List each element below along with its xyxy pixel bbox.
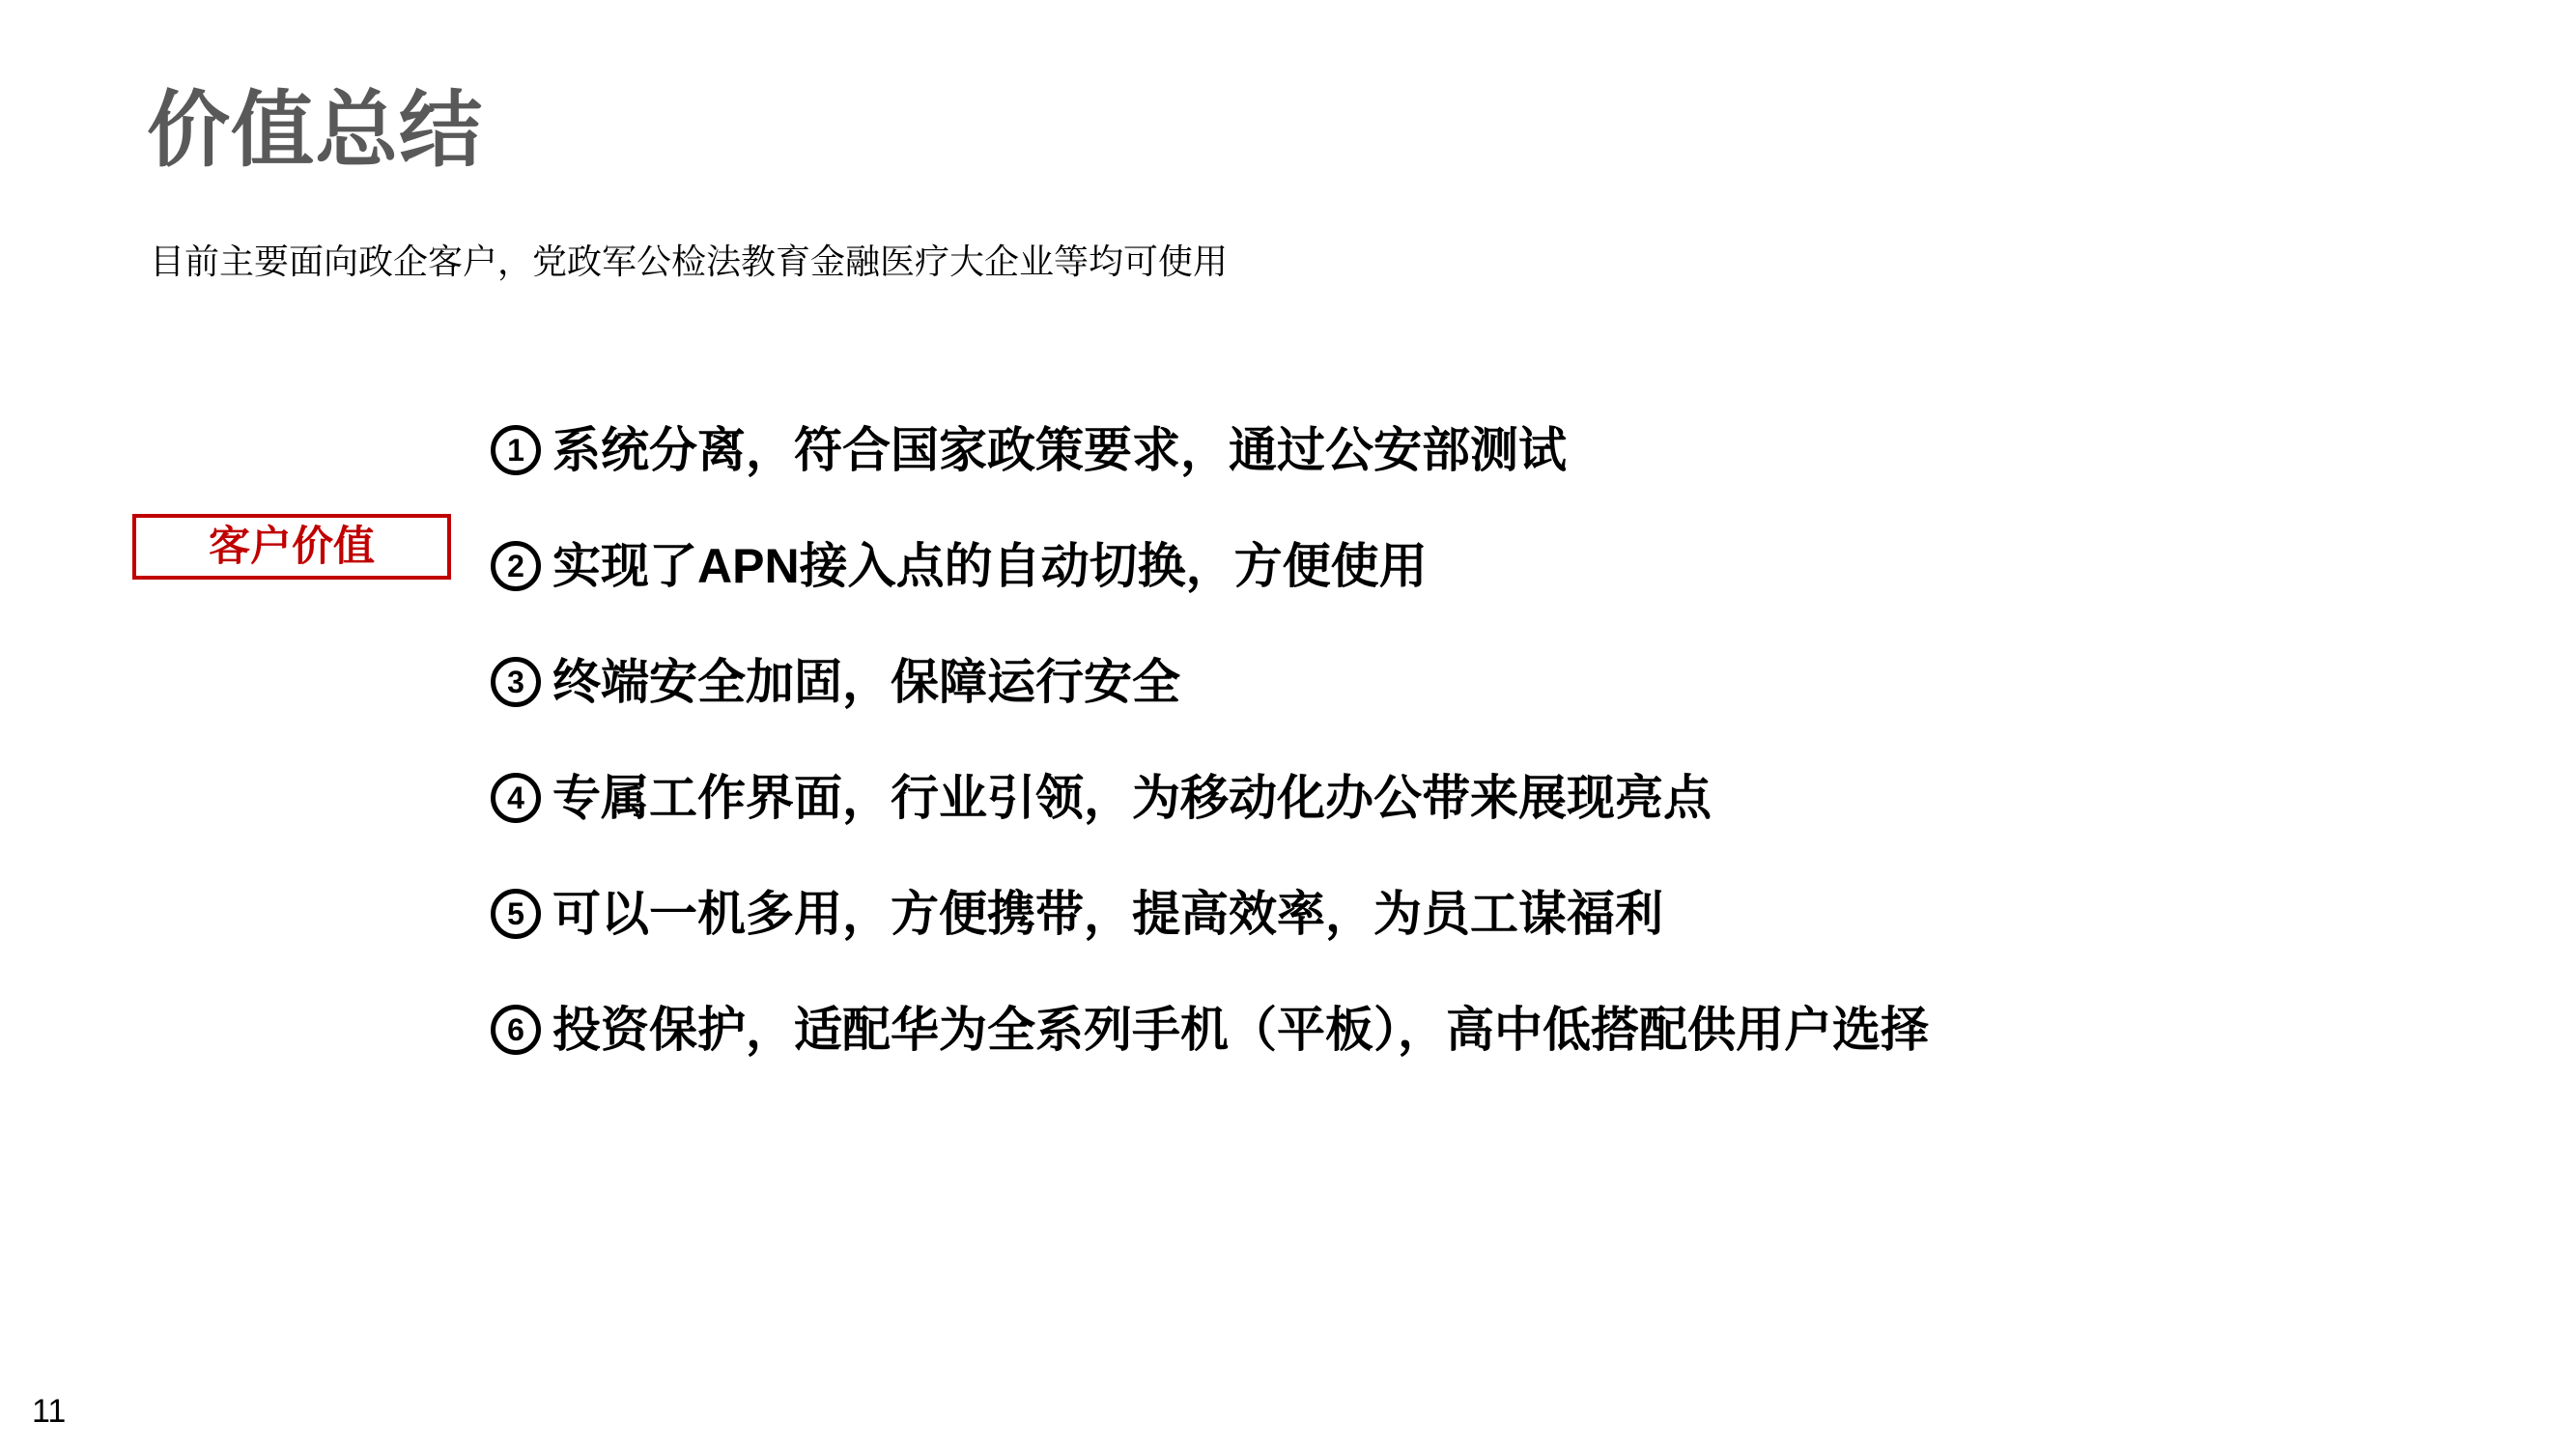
item-number-badge: 1 [491,425,541,475]
item-number-badge: 2 [491,541,541,591]
item-number-badge: 3 [491,657,541,707]
value-item: 1 系统分离，符合国家政策要求，通过公安部测试 [491,423,1929,477]
value-item: 3 终端安全加固，保障运行安全 [491,655,1929,709]
item-number-badge: 4 [491,773,541,823]
item-text: 系统分离，符合国家政策要求，通过公安部测试 [552,423,1567,477]
slide-subtitle: 目前主要面向政企客户，党政军公检法教育金融医疗大企业等均可使用 [150,242,1228,281]
value-items-list: 1 系统分离，符合国家政策要求，通过公安部测试 2 实现了APN接入点的自动切换… [491,423,1929,1057]
item-number-badge: 5 [491,889,541,939]
value-item: 5 可以一机多用，方便携带，提高效率，为员工谋福利 [491,887,1929,941]
value-item: 6 投资保护，适配华为全系列手机（平板），高中低搭配供用户选择 [491,1003,1929,1057]
customer-value-label: 客户价值 [209,526,375,568]
slide-canvas: 价值总结 目前主要面向政企客户，党政军公检法教育金融医疗大企业等均可使用 客户价… [0,0,2576,1449]
value-item: 4 专属工作界面，行业引领，为移动化办公带来展现亮点 [491,771,1929,825]
page-title: 价值总结 [147,89,483,172]
item-text: 终端安全加固，保障运行安全 [552,655,1180,709]
item-text: 可以一机多用，方便携带，提高效率，为员工谋福利 [552,887,1663,941]
value-item: 2 实现了APN接入点的自动切换，方便使用 [491,539,1929,593]
item-text: 专属工作界面，行业引领，为移动化办公带来展现亮点 [552,771,1712,825]
item-text: 投资保护，适配华为全系列手机（平板），高中低搭配供用户选择 [552,1003,1929,1057]
item-number-badge: 6 [491,1005,541,1055]
page-number: 11 [32,1392,66,1432]
customer-value-label-box: 客户价值 [132,514,451,580]
item-text: 实现了APN接入点的自动切换，方便使用 [552,539,1428,593]
